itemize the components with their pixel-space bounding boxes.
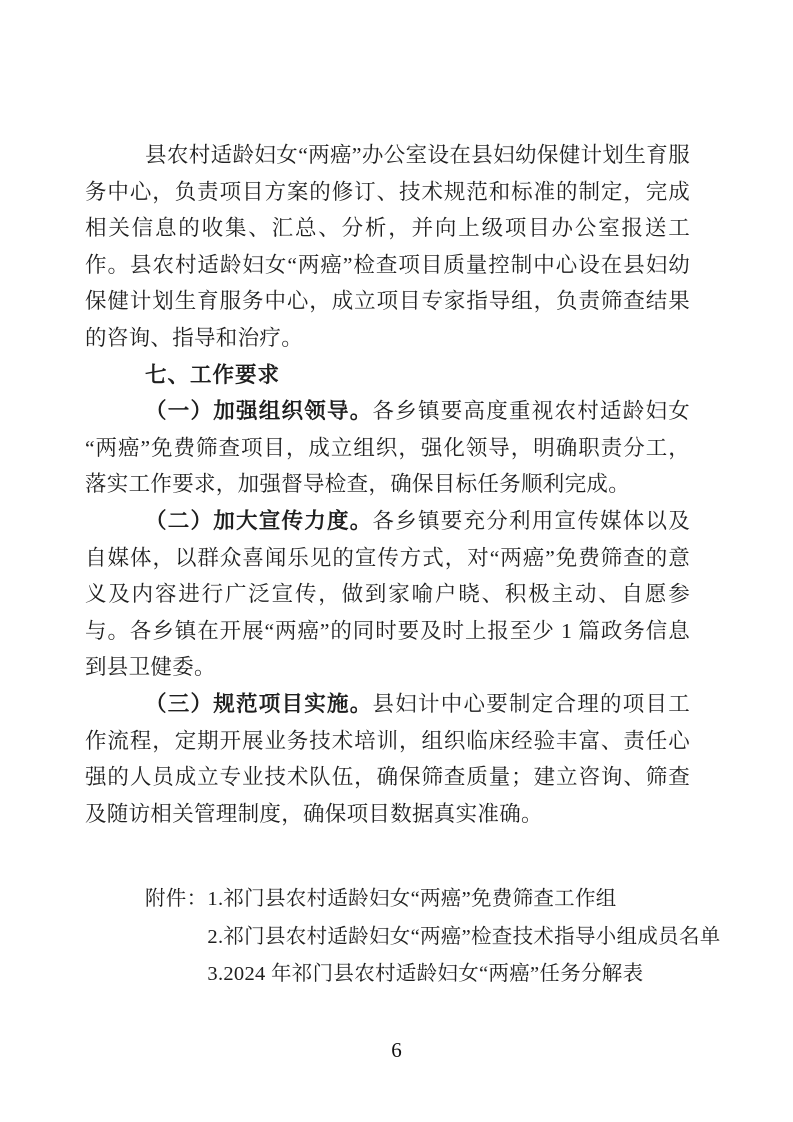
attachments-block: 附件： 1.祁门县农村适龄妇女“两癌”免费筛查工作组 2.祁门县农村适龄妇女“两…	[85, 881, 690, 994]
paragraph-standardize-implementation-lead: （三）规范项目实施。	[145, 692, 372, 716]
paragraph-increase-publicity-lead: （二）加大宣传力度。	[145, 509, 372, 533]
page-number: 6	[0, 1037, 793, 1063]
attachment-item-2: 2.祁门县农村适龄妇女“两癌”检查技术指导小组成员名单	[207, 919, 720, 957]
paragraph-strengthen-leadership: （一）加强组织领导。各乡镇要高度重视农村适龄妇女“两癌”免费筛查项目，成立组织，…	[85, 393, 690, 503]
paragraph-standardize-implementation: （三）规范项目实施。县妇计中心要制定合理的项目工作流程，定期开展业务技术培训，组…	[85, 686, 690, 832]
paragraph-office-setup: 县农村适龄妇女“两癌”办公室设在县妇幼保健计划生育服务中心，负责项目方案的修订、…	[85, 137, 690, 357]
attachments-list: 1.祁门县农村适龄妇女“两癌”免费筛查工作组 2.祁门县农村适龄妇女“两癌”检查…	[207, 881, 720, 994]
attachment-item-3: 3.2024 年祁门县农村适龄妇女“两癌”任务分解表	[207, 956, 720, 994]
document-page: 县农村适龄妇女“两癌”办公室设在县妇幼保健计划生育服务中心，负责项目方案的修订、…	[0, 0, 793, 1122]
attachment-item-1: 1.祁门县农村适龄妇女“两癌”免费筛查工作组	[207, 881, 720, 919]
paragraph-increase-publicity: （二）加大宣传力度。各乡镇要充分利用宣传媒体以及自媒体，以群众喜闻乐见的宣传方式…	[85, 503, 690, 686]
document-body: 县农村适龄妇女“两癌”办公室设在县妇幼保健计划生育服务中心，负责项目方案的修订、…	[85, 137, 690, 994]
section-heading-work-requirements: 七、工作要求	[85, 357, 690, 394]
paragraph-increase-publicity-body: 各乡镇要充分利用宣传媒体以及自媒体，以群众喜闻乐见的宣传方式，对“两癌”免费筛查…	[85, 509, 690, 679]
attachments-label: 附件：	[145, 881, 207, 919]
paragraph-strengthen-leadership-lead: （一）加强组织领导。	[145, 399, 372, 423]
